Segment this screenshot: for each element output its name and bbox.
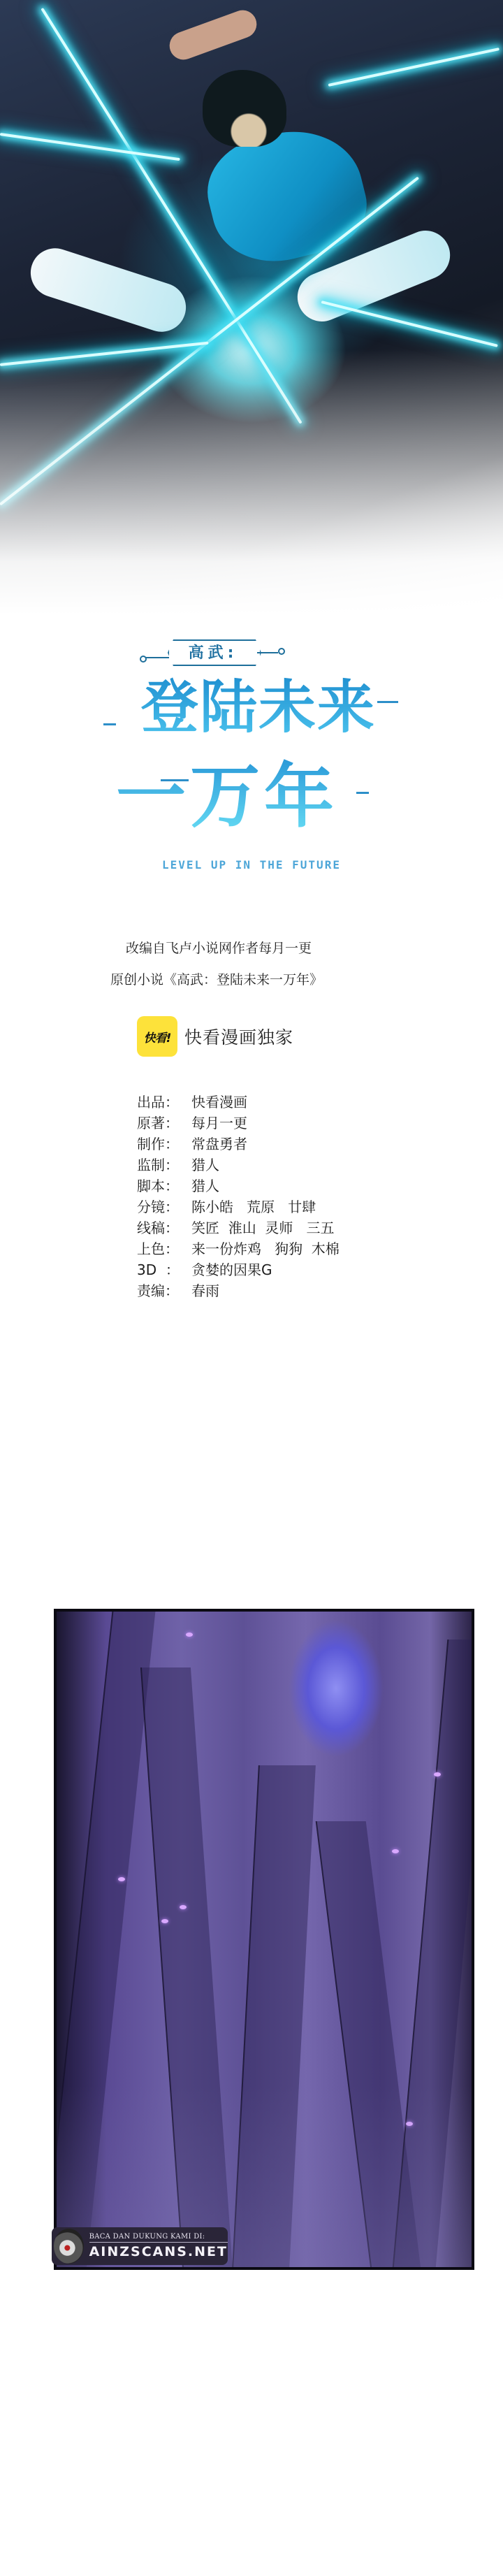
white-fade xyxy=(0,349,503,615)
credit-row: 上色：来一份炸鸡 狗狗 木棉 xyxy=(137,1238,340,1259)
credit-role: 监制： xyxy=(137,1155,191,1175)
credit-names: 快看漫画 xyxy=(191,1092,247,1113)
spark xyxy=(161,1919,168,1923)
logo-dash xyxy=(103,723,116,725)
logo-title-line1: 登陆未来 xyxy=(105,674,412,741)
kuaikan-logo-icon: 快看! xyxy=(137,1016,177,1057)
credit-names: 来一份炸鸡 狗狗 木棉 xyxy=(191,1238,340,1259)
watermark-site: AINZSCANS.NET xyxy=(89,2244,228,2259)
credit-role: 责编： xyxy=(137,1280,191,1301)
credit-role: 分镜： xyxy=(137,1196,191,1217)
spark xyxy=(180,1905,187,1909)
lightning-bolt xyxy=(328,48,500,87)
raised-fist xyxy=(166,6,261,64)
spark xyxy=(186,1633,193,1637)
hero-head xyxy=(203,70,286,147)
credit-row: 原著：每月一更 xyxy=(137,1113,340,1134)
credit-row: 制作：常盘勇者 xyxy=(137,1134,340,1155)
credit-names: 贪婪的因果G xyxy=(191,1259,272,1280)
circuit-node-icon xyxy=(278,648,285,655)
comic-panel-crystal-cavern xyxy=(54,1609,474,2270)
credit-row: 责编：春雨 xyxy=(137,1280,340,1301)
credit-role: 线稿： xyxy=(137,1217,191,1238)
lightning-bolt xyxy=(321,301,498,347)
credit-names: 猎人 xyxy=(191,1155,219,1175)
scanlation-watermark: BACA DAN DUKUNG KAMI DI: AINZSCANS.NET xyxy=(52,2227,228,2265)
credit-row: 监制：猎人 xyxy=(137,1155,340,1175)
credit-names: 陈小皓 荒原 廿肆 xyxy=(191,1196,316,1217)
credit-names: 每月一更 xyxy=(191,1113,247,1134)
logo-title-line2: 一万年 xyxy=(112,758,342,835)
credit-names: 猎人 xyxy=(191,1175,219,1196)
logo-tag: 高武: xyxy=(169,641,257,662)
credit-role: 原著： xyxy=(137,1113,191,1134)
publisher-badge: 快看! 快看漫画独家 xyxy=(137,1016,293,1057)
credit-row: 3D ：贪婪的因果G xyxy=(137,1259,340,1280)
credit-names: 春雨 xyxy=(191,1280,219,1301)
publisher-label: 快看漫画独家 xyxy=(184,1024,293,1049)
credit-role: 上色： xyxy=(137,1238,191,1259)
credit-role: 3D ： xyxy=(137,1259,191,1280)
cover-illustration xyxy=(0,0,503,615)
credit-role: 制作： xyxy=(137,1134,191,1155)
adaptation-note-line2: 原创小说《高武：登陆未来一万年》 xyxy=(105,969,398,988)
skull-avatar-icon xyxy=(54,2229,84,2264)
watermark-tagline: BACA DAN DUKUNG KAMI DI: xyxy=(89,2233,228,2243)
credit-row: 脚本：猎人 xyxy=(137,1175,340,1196)
logo-dash xyxy=(161,779,189,781)
lightning-bolt xyxy=(0,133,180,161)
title-logo: 高武: 登陆未来 一万年 xyxy=(98,632,405,863)
credit-row: 线稿：笑匠 淮山 灵师 三五 xyxy=(137,1217,340,1238)
hero-leg-left xyxy=(24,242,192,338)
credit-row: 出品：快看漫画 xyxy=(137,1092,340,1113)
credit-role: 脚本： xyxy=(137,1175,191,1196)
credit-role: 出品： xyxy=(137,1092,191,1113)
adaptation-note-line1: 改编自飞卢小说网作者每月一更 xyxy=(105,938,398,957)
watermark-text: BACA DAN DUKUNG KAMI DI: AINZSCANS.NET xyxy=(89,2233,228,2259)
credit-names: 笑匠 淮山 灵师 三五 xyxy=(191,1217,335,1238)
spark xyxy=(118,1877,125,1881)
logo-dash xyxy=(356,792,369,794)
spark xyxy=(392,1849,399,1853)
circuit-line xyxy=(145,657,169,658)
credit-names: 常盘勇者 xyxy=(191,1134,247,1155)
credit-row: 分镜：陈小皓 荒原 廿肆 xyxy=(137,1196,340,1217)
spark xyxy=(434,1772,441,1777)
logo-subtitle-english: LEVEL UP IN THE FUTURE xyxy=(105,858,398,871)
credits-list: 出品：快看漫画 原著：每月一更 制作：常盘勇者 监制：猎人 脚本：猎人 分镜：陈… xyxy=(137,1092,340,1301)
logo-dash xyxy=(377,701,398,703)
